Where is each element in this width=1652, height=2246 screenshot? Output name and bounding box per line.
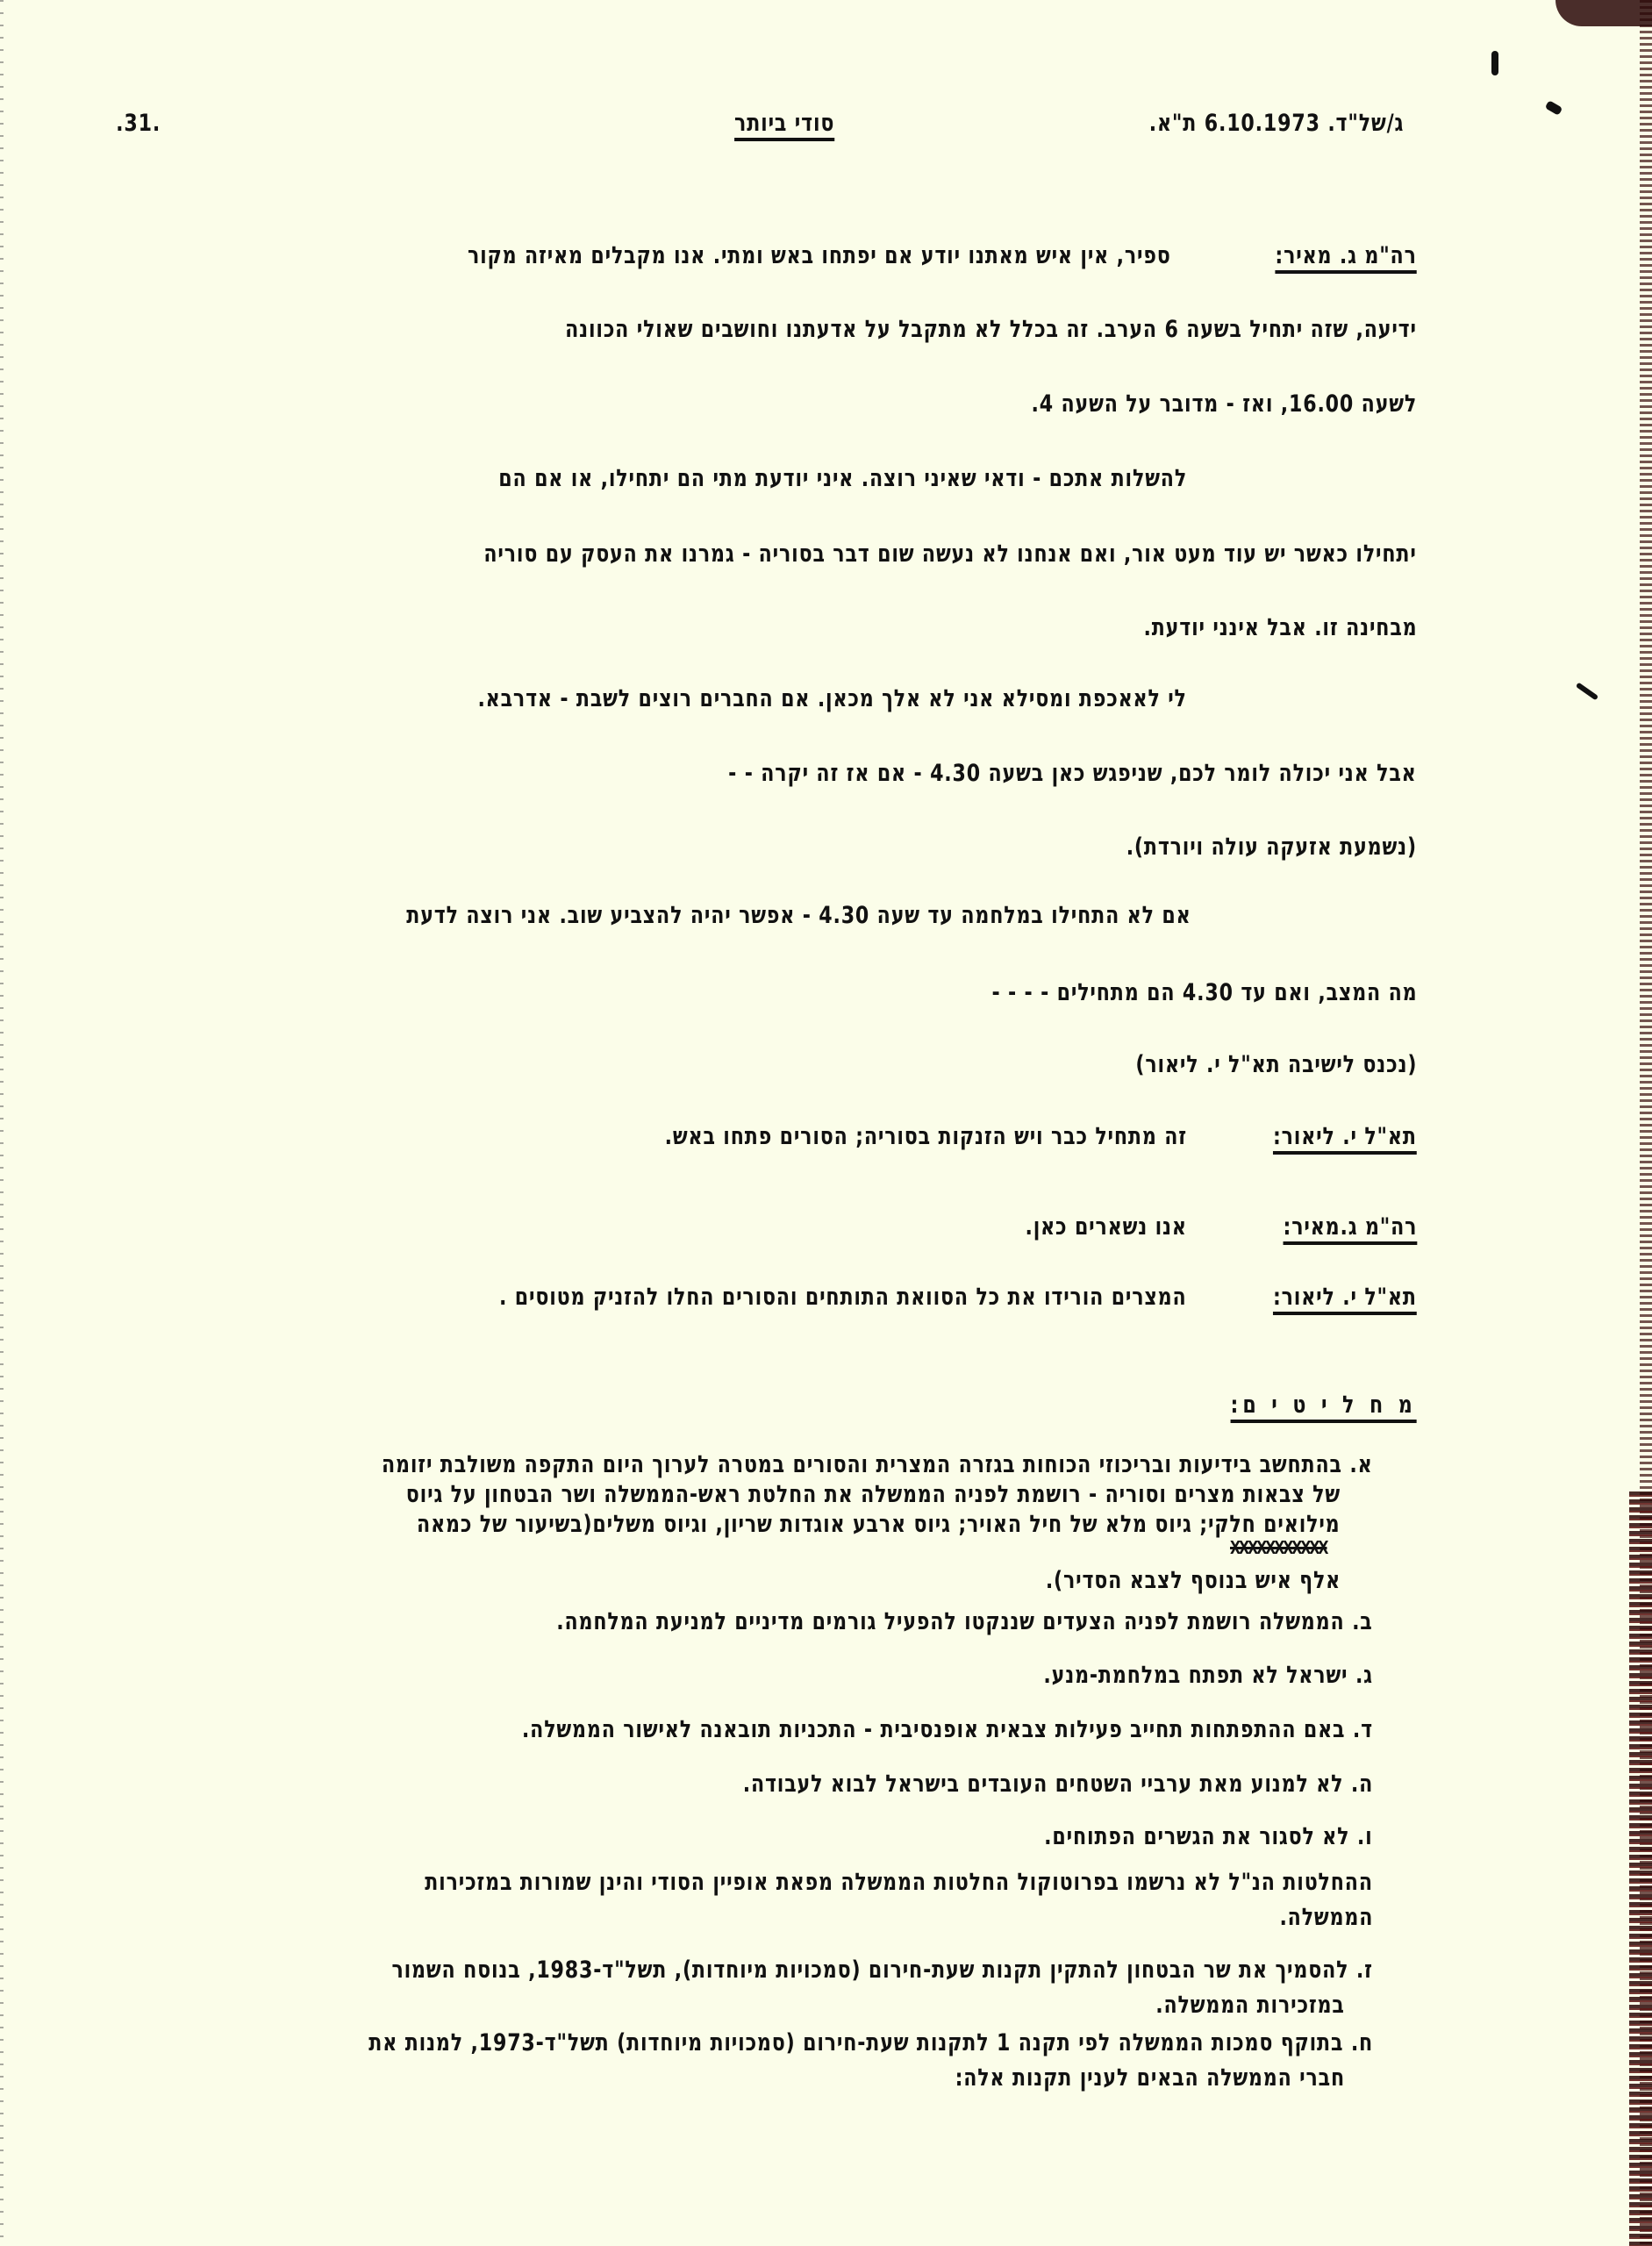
decision-text: לא לסגור את הגשרים הפתוחים.: [1045, 1823, 1350, 1850]
speech-line: אם לא התחילו במלחמה עד שעה 4.30 - אפשר י…: [407, 904, 1191, 927]
decision-label: ח.: [1351, 2029, 1373, 2056]
confidentiality-note: ההחלטות הנ"ל לא נרשמו בפרוטוקול החלטות ה…: [425, 1870, 1373, 1894]
decision-text: להסמיך את שר הבטחון להתקין תקנות שעת-חיר…: [392, 1956, 1349, 1984]
speaker-label: רה"מ ג.מאיר:: [1283, 1215, 1417, 1239]
decision-label: ז.: [1356, 1956, 1373, 1984]
speech-line: אנו נשארים כאן.: [1026, 1215, 1187, 1239]
speech-line: לשעה 16.00, ואז - מדובר על השעה 4.: [1031, 392, 1417, 416]
stage-direction: (נשמעת אזעקה עולה ויורדת).: [1126, 835, 1417, 859]
decision-line: ד. באם ההתפתחות תחייב פעילות צבאית אופנס…: [522, 1718, 1373, 1742]
page-number: .31.: [116, 111, 161, 135]
ink-mark: [1576, 683, 1598, 701]
decision-line: ו. לא לסגור את הגשרים הפתוחים.: [1045, 1825, 1373, 1849]
decision-label: ב.: [1352, 1608, 1373, 1635]
decision-text: הממשלה רושמת לפניה הצעדים שננקטו להפעיל …: [557, 1608, 1345, 1635]
speech-line: ספיר, אין איש מאתנו יודע אם יפתחו באש ומ…: [468, 244, 1171, 268]
speech-line: מבחינה זו. אבל אינני יודעת.: [1143, 616, 1417, 640]
decision-text: באם ההתפתחות תחייב פעילות צבאית אופנסיבי…: [522, 1716, 1345, 1743]
ink-mark: [1545, 100, 1563, 116]
decision-line: במזכירות הממשלה.: [1156, 1993, 1345, 2017]
decision-line: חברי הממשלה הבאים לענין תקנות אלה:: [955, 2066, 1345, 2090]
decision-text: לא למנוע מאת ערביי השטחים העובדים בישראל…: [743, 1770, 1344, 1798]
decision-label: ד.: [1353, 1716, 1373, 1743]
decision-line: אלף איש בנוסף לצבא הסדיר).: [1046, 1569, 1341, 1592]
confidentiality-note: הממשלה.: [1279, 1906, 1373, 1929]
document-page: .31. סודי ביותר ג/של"ד. 6.10.1973 ת"א. ר…: [0, 0, 1652, 2246]
decision-line: ב. הממשלה רושמת לפניה הצעדים שננקטו להפע…: [557, 1610, 1373, 1634]
decision-text: ישראל לא תפתח במלחמת-מנע.: [1044, 1662, 1348, 1689]
scan-edge-right-stain: [1629, 1491, 1652, 2246]
decision-line: ז. להסמיך את שר הבטחון להתקין תקנות שעת-…: [392, 1958, 1373, 1982]
decisions-heading: מ ח ל י ט י ם:: [1231, 1393, 1417, 1417]
decision-label: ה.: [1351, 1770, 1373, 1798]
speech-line: לי לאאכפת ומסילא אני לא אלך מכאן. אם החב…: [478, 687, 1187, 711]
speech-line: מה המצב, ואם עד 4.30 הם מתחילים - - - -: [991, 981, 1417, 1005]
decision-text: בתוקף סמכות הממשלה לפי תקנה 1 לתקנות שעת…: [368, 2029, 1343, 2056]
speaker-label: רה"מ ג. מאיר:: [1276, 244, 1417, 268]
decision-line: מילואים חלקי; גיוס מלא של חיל האויר; גיו…: [418, 1513, 1341, 1536]
ink-mark: [1491, 51, 1498, 75]
classification-label: סודי ביותר: [734, 111, 834, 135]
speech-line: זה מתחיל כבר ויש הזנקות בסוריה; הסורים פ…: [665, 1125, 1187, 1148]
scan-corner-stain: [1555, 0, 1652, 26]
decision-line: ה. לא למנוע מאת ערביי השטחים העובדים ביש…: [743, 1772, 1373, 1796]
decision-label: א.: [1350, 1451, 1373, 1478]
speech-line: ידיעה, שזה יתחיל בשעה 6 הערב. זה בכלל לא…: [565, 318, 1417, 341]
speaker-label: תא"ל י. ליאור:: [1273, 1285, 1417, 1309]
speech-line: יתחילו כאשר יש עוד מעט אור, ואם אנחנו לא…: [484, 542, 1417, 566]
decision-text: בהתחשב בידיעות ובריכוזי הכוחות בגזרה המצ…: [382, 1451, 1342, 1478]
file-reference: ג/של"ד. 6.10.1973 ת"א.: [1149, 111, 1404, 135]
stage-direction: (נכנס לישיבה תא"ל י. ליאור): [1135, 1053, 1417, 1077]
speaker-label: תא"ל י. ליאור:: [1273, 1125, 1417, 1148]
decision-label: ו.: [1357, 1823, 1373, 1850]
speech-line: המצרים הורידו את כל הסוואת התותחים והסור…: [499, 1285, 1187, 1309]
decision-line: א. בהתחשב בידיעות ובריכוזי הכוחות בגזרה …: [382, 1453, 1373, 1477]
speech-line: אבל אני יכולה לומר לכם, שניפגש כאן בשעה …: [729, 762, 1417, 785]
decision-line: של צבאות מצרים וסוריה - רושמת לפניה הממש…: [406, 1483, 1341, 1506]
speech-line: להשלות אתכם - ודאי שאיני רוצה. איני יודע…: [498, 467, 1187, 490]
decision-label: ג.: [1355, 1662, 1373, 1689]
struck-out-text: XXXXXXXXXXX: [1230, 1537, 1327, 1558]
decision-line: ח. בתוקף סמכות הממשלה לפי תקנה 1 לתקנות …: [368, 2031, 1373, 2055]
decision-line: ג. ישראל לא תפתח במלחמת-מנע.: [1044, 1663, 1373, 1687]
scan-edge-left: [0, 0, 4, 2246]
